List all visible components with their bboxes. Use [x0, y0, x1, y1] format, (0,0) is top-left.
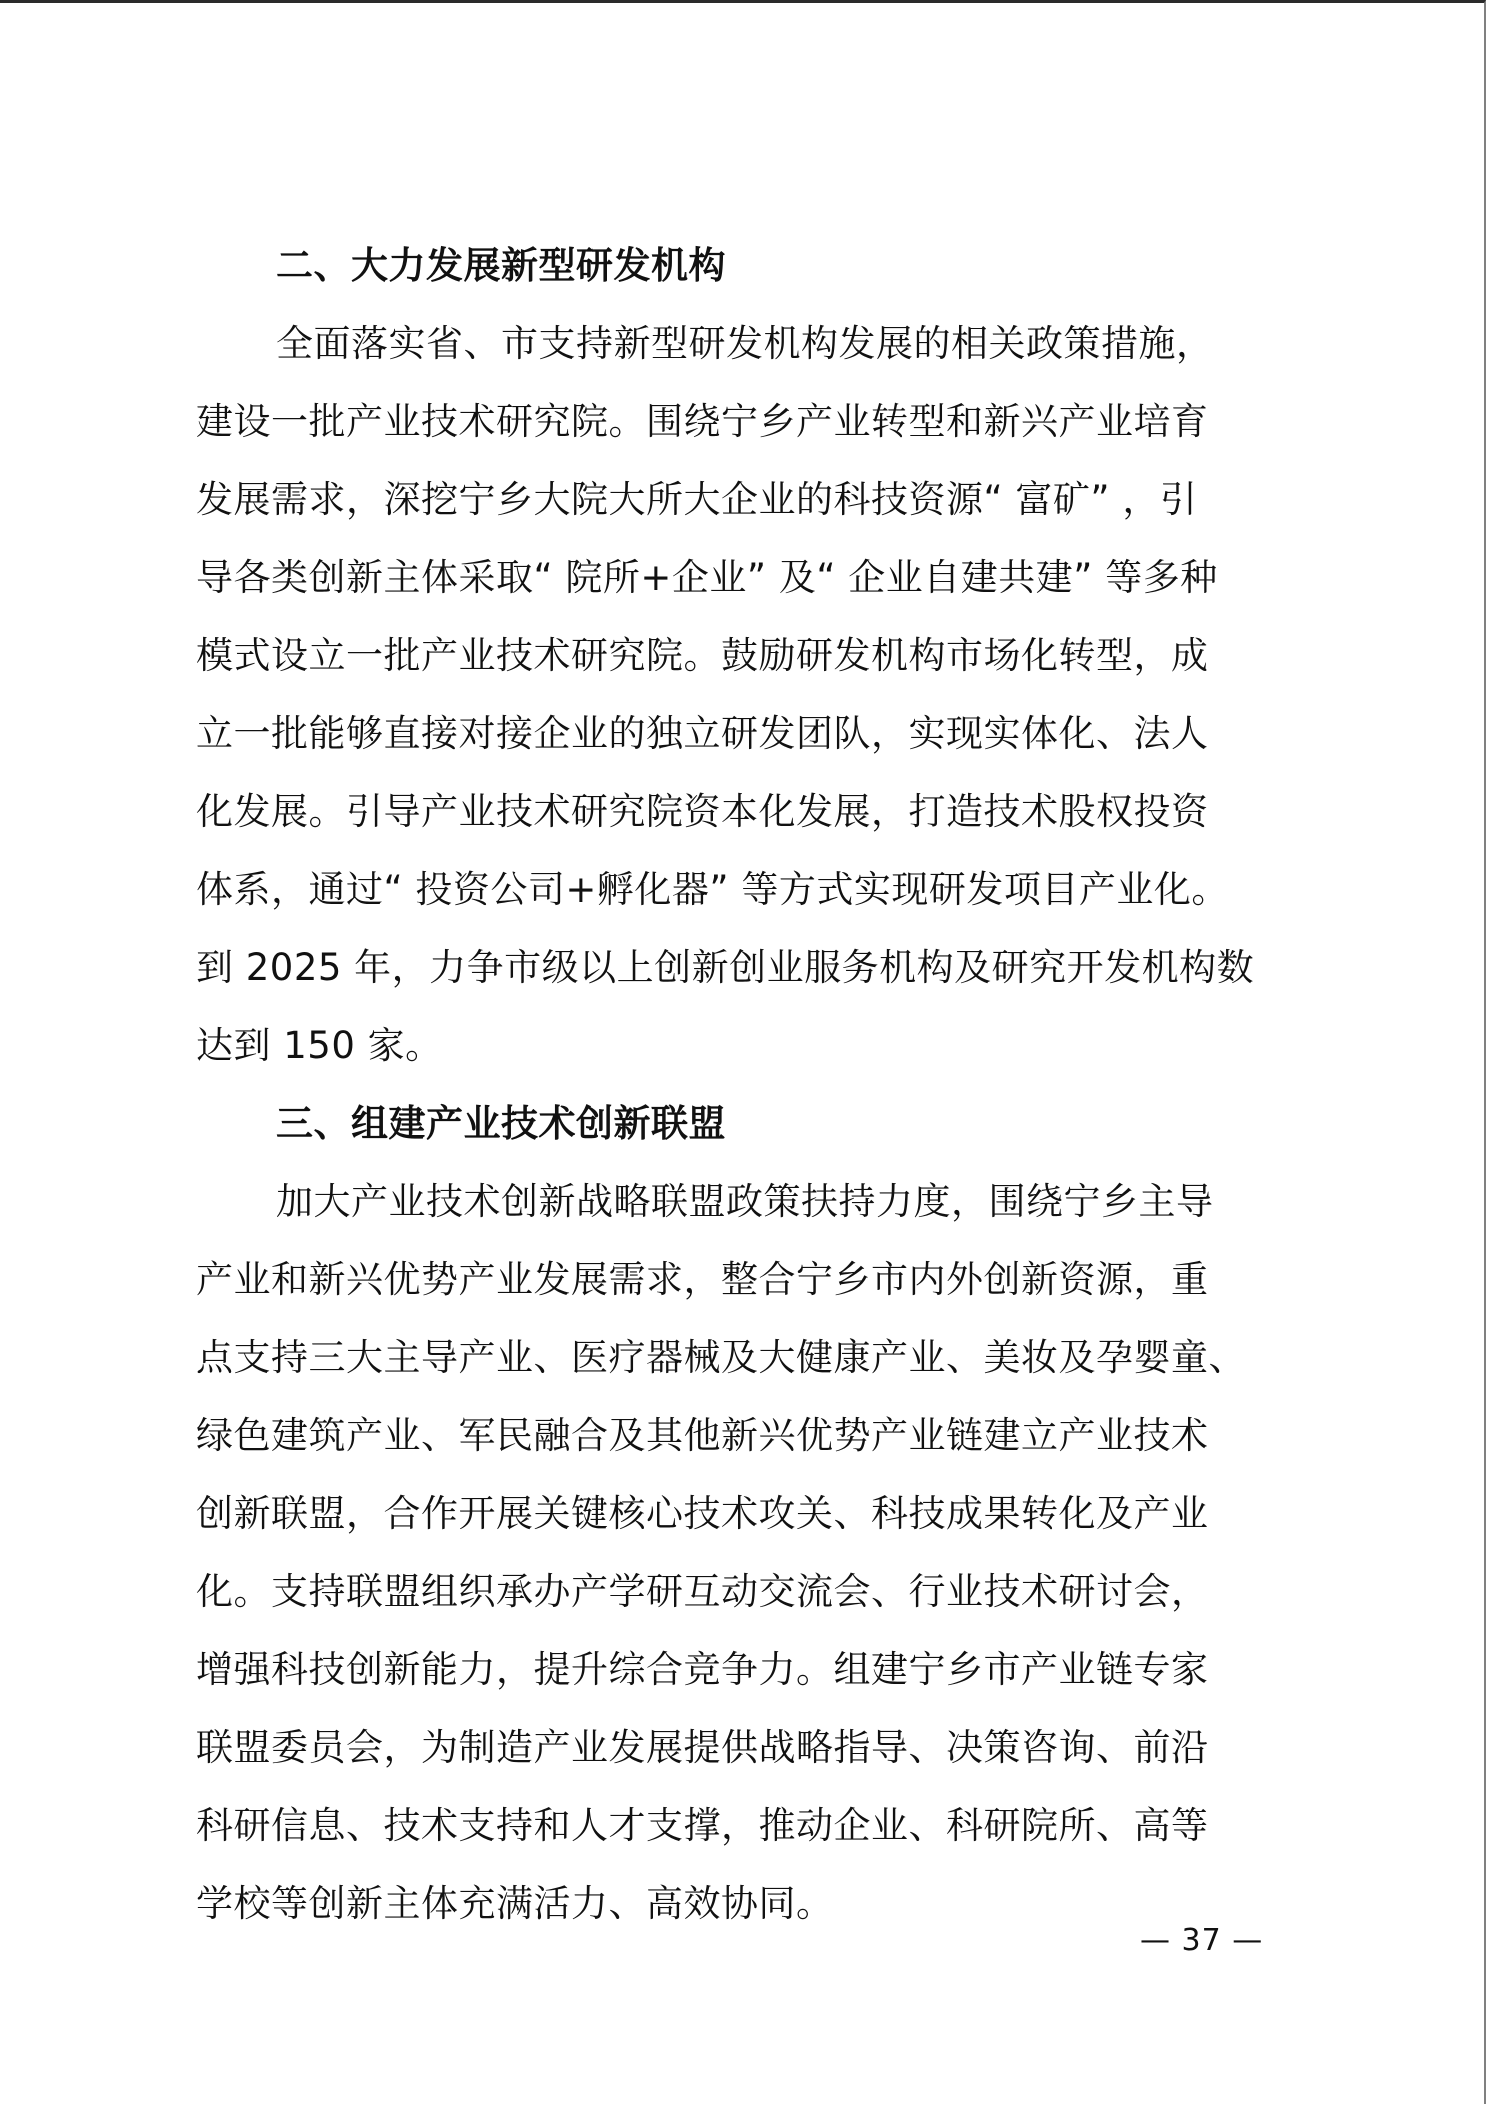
paragraph-line: 模式设立一批产业技术研究院。鼓励研发机构市场化转型，成: [196, 617, 1296, 695]
section-heading-2: 二、大力发展新型研发机构: [196, 227, 1296, 305]
paragraph-line: 增强科技创新能力，提升综合竞争力。组建宁乡市产业链专家: [196, 1631, 1296, 1709]
paragraph-line: 发展需求，深挖宁乡大院大所大企业的科技资源“ 富矿” ，引: [196, 461, 1296, 539]
paragraph-line: 绿色建筑产业、军民融合及其他新兴优势产业链建立产业技术: [196, 1397, 1296, 1475]
paragraph-line: 化发展。引导产业技术研究院资本化发展，打造技术股权投资: [196, 773, 1296, 851]
paragraph-line: 联盟委员会，为制造产业发展提供战略指导、决策咨询、前沿: [196, 1709, 1296, 1787]
paragraph-line: 点支持三大主导产业、医疗器械及大健康产业、美妆及孕婴童、: [196, 1319, 1296, 1397]
paragraph-line: 立一批能够直接对接企业的独立研发团队，实现实体化、法人: [196, 695, 1296, 773]
document-page: 二、大力发展新型研发机构 全面落实省、市支持新型研发机构发展的相关政策措施， 建…: [0, 0, 1486, 2104]
section-3-paragraph: 加大产业技术创新战略联盟政策扶持力度，围绕宁乡主导 产业和新兴优势产业发展需求，…: [196, 1163, 1296, 1943]
section-heading-3: 三、组建产业技术创新联盟: [196, 1085, 1296, 1163]
paragraph-line: 体系，通过“ 投资公司+孵化器” 等方式实现研发项目产业化。: [196, 851, 1296, 929]
paragraph-line: 产业和新兴优势产业发展需求，整合宁乡市内外创新资源，重: [196, 1241, 1296, 1319]
paragraph-line: 化。支持联盟组织承办产学研互动交流会、行业技术研讨会，: [196, 1553, 1296, 1631]
paragraph-line: 达到 150 家。: [196, 1007, 1296, 1085]
paragraph-line: 全面落实省、市支持新型研发机构发展的相关政策措施，: [196, 305, 1296, 383]
paragraph-line: 导各类创新主体采取“ 院所+企业” 及“ 企业自建共建” 等多种: [196, 539, 1296, 617]
paragraph-line: 科研信息、技术支持和人才支撑，推动企业、科研院所、高等: [196, 1787, 1296, 1865]
paragraph-line: 加大产业技术创新战略联盟政策扶持力度，围绕宁乡主导: [196, 1163, 1296, 1241]
paragraph-line: 创新联盟，合作开展关键核心技术攻关、科技成果转化及产业: [196, 1475, 1296, 1553]
page-content: 二、大力发展新型研发机构 全面落实省、市支持新型研发机构发展的相关政策措施， 建…: [196, 227, 1296, 1943]
page-number: — 37 —: [1140, 1921, 1263, 1961]
paragraph-line: 到 2025 年，力争市级以上创新创业服务机构及研究开发机构数: [196, 929, 1296, 1007]
paragraph-line: 建设一批产业技术研究院。围绕宁乡产业转型和新兴产业培育: [196, 383, 1296, 461]
section-2-paragraph: 全面落实省、市支持新型研发机构发展的相关政策措施， 建设一批产业技术研究院。围绕…: [196, 305, 1296, 1085]
paragraph-line: 学校等创新主体充满活力、高效协同。: [196, 1865, 1296, 1943]
